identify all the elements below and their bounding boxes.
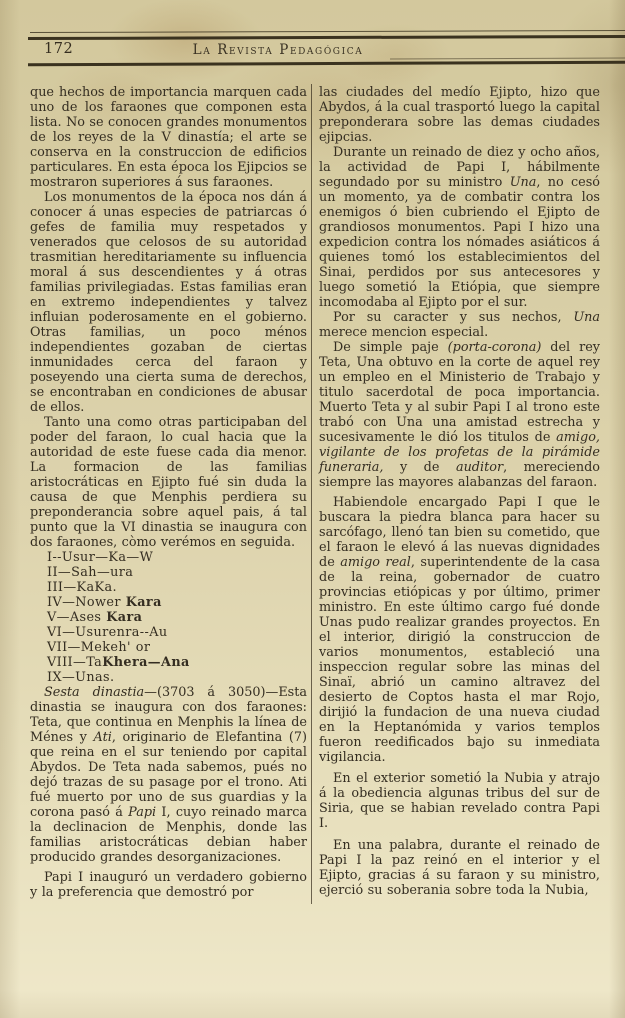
pharaoh-list-item: II—Sah—ura xyxy=(47,565,307,580)
pharaoh-list-item: V—Ases Kara xyxy=(47,610,307,625)
text-run: merece mencion especial. xyxy=(319,325,488,340)
text-run: , no cesó un momento, ya de combatir con… xyxy=(319,175,600,310)
text-run: auditor xyxy=(456,460,503,475)
text-run: I--Usur—Ka—W xyxy=(47,550,153,565)
paragraph: Papi I inauguró un verdadero gobierno y … xyxy=(30,870,307,900)
pharaoh-list-item: IX—Unas. xyxy=(47,670,307,685)
paragraph: Durante un reinado de diez y ocho años, … xyxy=(319,145,600,310)
pharaoh-list-item: I--Usur—Ka—W xyxy=(47,550,307,565)
text-run: VI—Usurenra--Au xyxy=(47,625,168,640)
text-run: las ciudades del medío Ejipto, hizo que … xyxy=(319,85,600,145)
text-run: amigo real xyxy=(340,555,411,570)
text-run: En el exterior sometió la Nubia y atrajo… xyxy=(319,771,600,831)
column-divider xyxy=(311,84,312,904)
text-run: y de xyxy=(383,460,455,475)
text-run: (porta-corona) xyxy=(448,340,542,355)
text-run: , superintendente de la casa de la reina… xyxy=(319,555,600,765)
text-run: V—Ases xyxy=(47,610,106,625)
text-run: En una palabra, durante el reinado de Pa… xyxy=(319,838,600,898)
text-run: Una xyxy=(510,175,537,190)
paragraph: En una palabra, durante el reinado de Pa… xyxy=(319,838,600,898)
paragraph: las ciudades del medío Ejipto, hizo que … xyxy=(319,85,600,145)
pharaoh-list-item: VI—Usurenra--Au xyxy=(47,625,307,640)
paragraph: Tanto una como otras participaban del po… xyxy=(30,415,307,550)
pharaoh-list-item: IV—Nower Kara xyxy=(47,595,307,610)
text-run: VIII—Ta xyxy=(47,655,102,670)
header-rule-top-thin xyxy=(30,30,625,33)
column-left: que hechos de importancia marquen cada u… xyxy=(30,85,307,900)
paragraph: Por su caracter y sus nechos, Una merece… xyxy=(319,310,600,340)
scanned-page: { "header": { "page_number": "172", "mas… xyxy=(0,0,625,1018)
text-run: III—KaKa. xyxy=(47,580,117,595)
text-run: VII—Mekeh' or xyxy=(47,640,150,655)
text-run: IX—Unas. xyxy=(47,670,114,685)
text-run: Tanto una como otras participaban del po… xyxy=(30,415,307,550)
paragraph: En el exterior sometió la Nubia y atrajo… xyxy=(319,771,600,831)
paragraph: Sesta dinastia—(3703 á 3050)—Esta dinast… xyxy=(30,685,307,865)
paragraph: Habiendole encargado Papi I que le busca… xyxy=(319,495,600,765)
text-run: que hechos de importancia marquen cada u… xyxy=(30,85,307,190)
paragraph: De simple paje (porta-corona) del rey Te… xyxy=(319,340,600,490)
text-run: Una xyxy=(573,310,600,325)
text-run: Kara xyxy=(106,610,142,625)
text-run: Kara xyxy=(126,595,162,610)
paragraph: Los monumentos de la época nos dán á con… xyxy=(30,190,307,415)
pharaoh-list-item: VIII—TaKhera—Ana xyxy=(47,655,307,670)
column-right: las ciudades del medío Ejipto, hizo que … xyxy=(319,85,600,898)
text-run: Khera—Ana xyxy=(102,655,190,670)
text-run: II—Sah—ura xyxy=(47,565,133,580)
text-run: De simple paje xyxy=(333,340,448,355)
text-run: Por su caracter y sus nechos, xyxy=(333,310,573,325)
pharaoh-list-item: VII—Mekeh' or xyxy=(47,640,307,655)
text-run: Papi xyxy=(128,805,156,820)
paragraph: que hechos de importancia marquen cada u… xyxy=(30,85,307,190)
text-run: Ati xyxy=(94,730,112,745)
text-run: Los monumentos de la época nos dán á con… xyxy=(30,190,307,415)
text-run: Papi I inauguró un verdadero gobierno y … xyxy=(30,870,307,900)
text-run: Sesta dinastia xyxy=(44,685,144,700)
text-run: IV—Nower xyxy=(47,595,126,610)
header-rule-top-thick xyxy=(28,35,625,40)
header-rule-bottom-thin xyxy=(390,57,625,59)
masthead-title: La Revista Pedagógica xyxy=(0,42,556,58)
pharaoh-list-item: III—KaKa. xyxy=(47,580,307,595)
header-rule-bottom-thick xyxy=(28,61,625,66)
